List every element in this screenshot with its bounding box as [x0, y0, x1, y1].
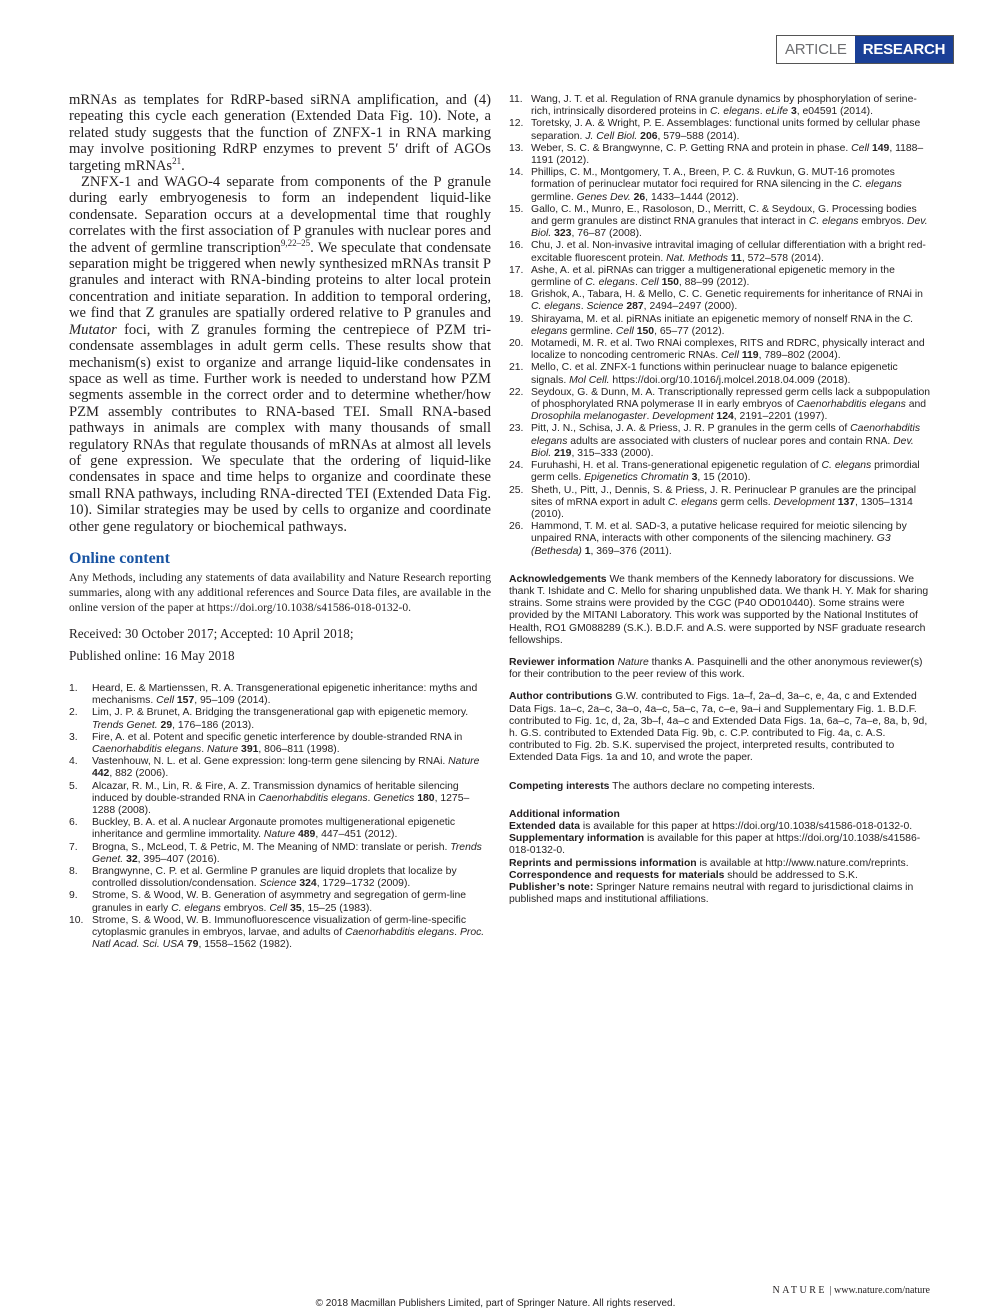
reference-text: Chu, J. et al. Non-invasive intravital i…	[531, 240, 931, 264]
additional-item-correspondence: Correspondence and requests for material…	[509, 870, 931, 882]
reference-text: Weber, S. C. & Brangwynne, C. P. Getting…	[531, 143, 931, 167]
reference-number: 4.	[69, 756, 92, 780]
additional-item-publisher-note: Publisher’s note: Springer Nature remain…	[509, 882, 931, 906]
reference-text: Toretsky, J. A. & Wright, P. E. Assembla…	[531, 118, 931, 142]
reference-text: Phillips, C. M., Montgomery, T. A., Bree…	[531, 167, 931, 204]
additional-item-supplementary: Supplementary information is available f…	[509, 833, 931, 857]
article-type-badge: ARTICLE RESEARCH	[776, 35, 954, 64]
reviewer-information: Reviewer information Nature thanks A. Pa…	[509, 657, 931, 681]
reference-item: 12.Toretsky, J. A. & Wright, P. E. Assem…	[509, 118, 931, 142]
reference-item: 22.Seydoux, G. & Dunn, M. A. Transcripti…	[509, 387, 931, 424]
reference-number: 24.	[509, 460, 531, 484]
right-column: 11.Wang, J. T. et al. Regulation of RNA …	[509, 94, 931, 906]
reference-item: 11.Wang, J. T. et al. Regulation of RNA …	[509, 94, 931, 118]
reference-item: 16.Chu, J. et al. Non-invasive intravita…	[509, 240, 931, 264]
reference-text: Alcazar, R. M., Lin, R. & Fire, A. Z. Tr…	[92, 781, 491, 818]
citation[interactable]: 21	[172, 156, 181, 166]
reference-text: Sheth, U., Pitt, J., Dennis, S. & Priess…	[531, 485, 931, 522]
reference-text: Mello, C. et al. ZNFX-1 functions within…	[531, 362, 931, 386]
article-label: ARTICLE	[777, 36, 855, 63]
reference-item: 21.Mello, C. et al. ZNFX-1 functions wit…	[509, 362, 931, 386]
reference-number: 8.	[69, 866, 92, 890]
reference-text: Strome, S. & Wood, W. B. Generation of a…	[92, 890, 491, 914]
published-date: Published online: 16 May 2018	[69, 645, 491, 667]
reference-list-part-2: 11.Wang, J. T. et al. Regulation of RNA …	[509, 94, 931, 558]
reference-text: Heard, E. & Martienssen, R. A. Transgene…	[92, 683, 491, 707]
reference-number: 19.	[509, 314, 531, 338]
reference-number: 13.	[509, 143, 531, 167]
reference-text: Lim, J. P. & Brunet, A. Bridging the tra…	[92, 707, 491, 731]
reference-item: 1.Heard, E. & Martienssen, R. A. Transge…	[69, 683, 491, 707]
reference-text: Pitt, J. N., Schisa, J. A. & Priess, J. …	[531, 423, 931, 460]
reference-item: 14.Phillips, C. M., Montgomery, T. A., B…	[509, 167, 931, 204]
additional-item-extended-data: Extended data is available for this pape…	[509, 821, 931, 833]
reference-item: 15.Gallo, C. M., Munro, E., Rasoloson, D…	[509, 204, 931, 241]
journal-name: NATURE	[773, 1285, 827, 1296]
reference-number: 17.	[509, 265, 531, 289]
reference-item: 5.Alcazar, R. M., Lin, R. & Fire, A. Z. …	[69, 781, 491, 818]
reference-item: 19.Shirayama, M. et al. piRNAs initiate …	[509, 314, 931, 338]
reference-text: Brangwynne, C. P. et al. Germline P gran…	[92, 866, 491, 890]
reference-number: 5.	[69, 781, 92, 818]
reference-item: 4.Vastenhouw, N. L. et al. Gene expressi…	[69, 756, 491, 780]
reference-number: 14.	[509, 167, 531, 204]
reference-number: 15.	[509, 204, 531, 241]
reference-item: 9.Strome, S. & Wood, W. B. Generation of…	[69, 890, 491, 914]
reference-number: 25.	[509, 485, 531, 522]
reference-item: 8.Brangwynne, C. P. et al. Germline P gr…	[69, 866, 491, 890]
additional-information-heading: Additional information	[509, 809, 620, 820]
reference-number: 10.	[69, 915, 92, 952]
reference-item: 24.Furuhashi, H. et al. Trans-generation…	[509, 460, 931, 484]
reference-item: 17.Ashe, A. et al. piRNAs can trigger a …	[509, 265, 931, 289]
reference-item: 26.Hammond, T. M. et al. SAD-3, a putati…	[509, 521, 931, 558]
competing-interests: Competing interests The authors declare …	[509, 781, 931, 793]
reference-text: Wang, J. T. et al. Regulation of RNA gra…	[531, 94, 931, 118]
reference-text: Shirayama, M. et al. piRNAs initiate an …	[531, 314, 931, 338]
reference-text: Brogna, S., McLeod, T. & Petric, M. The …	[92, 842, 491, 866]
paragraph-1: mRNAs as templates for RdRP-based siRNA …	[69, 92, 491, 174]
reference-number: 22.	[509, 387, 531, 424]
reference-text: Fire, A. et al. Potent and specific gene…	[92, 732, 491, 756]
online-content-heading: Online content	[69, 550, 491, 568]
reference-number: 3.	[69, 732, 92, 756]
reference-text: Seydoux, G. & Dunn, M. A. Transcriptiona…	[531, 387, 931, 424]
reference-item: 20.Motamedi, M. R. et al. Two RNAi compl…	[509, 338, 931, 362]
paragraph-2: ZNFX-1 and WAGO-4 separate from componen…	[69, 174, 491, 535]
reference-number: 23.	[509, 423, 531, 460]
reference-text: Furuhashi, H. et al. Trans-generational …	[531, 460, 931, 484]
received-accepted-date: Received: 30 October 2017; Accepted: 10 …	[69, 623, 491, 645]
citation[interactable]: 9,22–25	[281, 238, 310, 248]
reference-number: 1.	[69, 683, 92, 707]
reference-item: 18.Grishok, A., Tabara, H. & Mello, C. C…	[509, 289, 931, 313]
reference-item: 23.Pitt, J. N., Schisa, J. A. & Priess, …	[509, 423, 931, 460]
reference-item: 2.Lim, J. P. & Brunet, A. Bridging the t…	[69, 707, 491, 731]
reference-number: 6.	[69, 817, 92, 841]
reference-number: 12.	[509, 118, 531, 142]
reference-item: 6.Buckley, B. A. et al. A nuclear Argona…	[69, 817, 491, 841]
reference-text: Gallo, C. M., Munro, E., Rasoloson, D., …	[531, 204, 931, 241]
additional-item-reprints: Reprints and permissions information is …	[509, 858, 931, 870]
reference-item: 25.Sheth, U., Pitt, J., Dennis, S. & Pri…	[509, 485, 931, 522]
reference-number: 16.	[509, 240, 531, 264]
section-label: RESEARCH	[855, 36, 954, 63]
journal-url[interactable]: www.nature.com/nature	[834, 1285, 930, 1296]
reference-text: Buckley, B. A. et al. A nuclear Argonaut…	[92, 817, 491, 841]
reference-text: Vastenhouw, N. L. et al. Gene expression…	[92, 756, 491, 780]
reference-number: 2.	[69, 707, 92, 731]
main-text: mRNAs as templates for RdRP-based siRNA …	[69, 92, 491, 535]
reference-number: 7.	[69, 842, 92, 866]
reference-list-part-1: 1.Heard, E. & Martienssen, R. A. Transge…	[69, 683, 491, 951]
reference-number: 21.	[509, 362, 531, 386]
reference-item: 10.Strome, S. & Wood, W. B. Immunofluore…	[69, 915, 491, 952]
reference-text: Grishok, A., Tabara, H. & Mello, C. C. G…	[531, 289, 931, 313]
reference-item: 3.Fire, A. et al. Potent and specific ge…	[69, 732, 491, 756]
reference-item: 7.Brogna, S., McLeod, T. & Petric, M. Th…	[69, 842, 491, 866]
reference-number: 20.	[509, 338, 531, 362]
reference-text: Motamedi, M. R. et al. Two RNAi complexe…	[531, 338, 931, 362]
reference-text: Strome, S. & Wood, W. B. Immunofluoresce…	[92, 915, 491, 952]
reference-number: 9.	[69, 890, 92, 914]
additional-information: Additional information Extended data is …	[509, 809, 931, 907]
author-contributions: Author contributions G.W. contributed to…	[509, 691, 931, 764]
reference-number: 18.	[509, 289, 531, 313]
acknowledgements: Acknowledgements We thank members of the…	[509, 574, 931, 647]
journal-footer: NATURE | www.nature.com/nature	[773, 1285, 930, 1296]
left-column: mRNAs as templates for RdRP-based siRNA …	[69, 92, 491, 951]
reference-text: Hammond, T. M. et al. SAD-3, a putative …	[531, 521, 931, 558]
reference-number: 11.	[509, 94, 531, 118]
copyright-notice: © 2018 Macmillan Publishers Limited, par…	[0, 1298, 991, 1309]
reference-text: Ashe, A. et al. piRNAs can trigger a mul…	[531, 265, 931, 289]
publication-dates: Received: 30 October 2017; Accepted: 10 …	[69, 623, 491, 667]
reference-number: 26.	[509, 521, 531, 558]
reference-item: 13.Weber, S. C. & Brangwynne, C. P. Gett…	[509, 143, 931, 167]
online-content-text: Any Methods, including any statements of…	[69, 570, 491, 615]
